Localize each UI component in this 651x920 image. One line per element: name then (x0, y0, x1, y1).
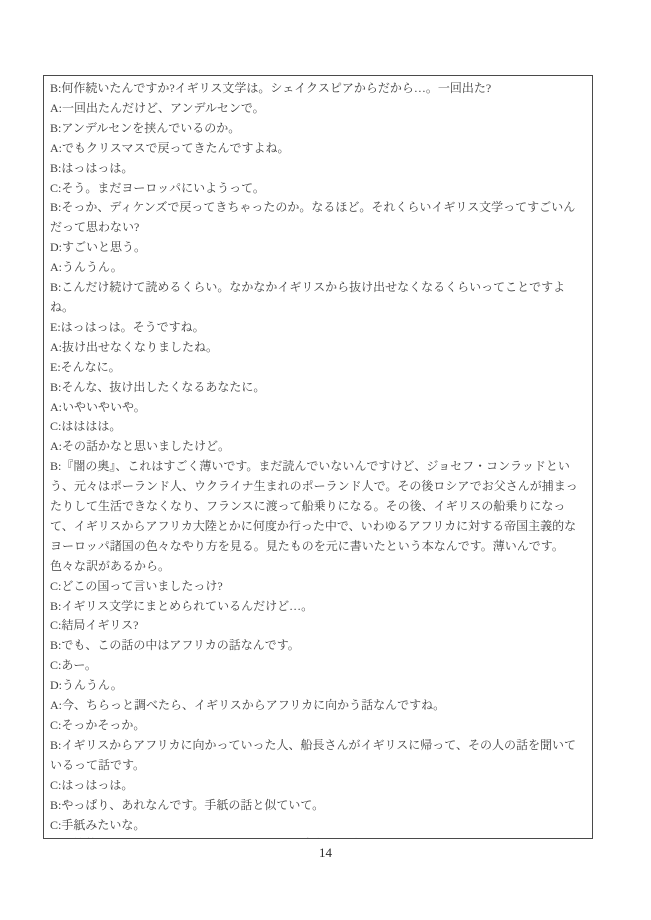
transcript-line: B:やっぱり、あれなんです。手紙の話と似ていて。 (50, 796, 586, 816)
utterance-text: その話かなと思いましたけど。 (62, 439, 230, 453)
speaker-label: B: (50, 161, 61, 175)
speaker-label: D: (50, 240, 62, 254)
utterance-text: うんうん。 (62, 678, 123, 692)
transcript-line: C:はははは。 (50, 417, 586, 437)
transcript-line: B:イギリス文学にまとめられているんだけど…。 (50, 597, 586, 617)
utterance-text: すごいと思う。 (62, 240, 146, 254)
utterance-text: イギリスからアフリカに向かっていった人、船長さんがイギリスに帰って、その人の話を… (50, 738, 576, 772)
transcript-line: A:抜け出せなくなりましたね。 (50, 338, 586, 358)
speaker-label: D: (50, 678, 62, 692)
transcript-line: D:すごいと思う。 (50, 238, 586, 258)
speaker-label: B: (50, 798, 61, 812)
transcript-line: B:でも、この話の中はアフリカの話なんです。 (50, 636, 586, 656)
speaker-label: C: (50, 419, 61, 433)
transcript-line: A:一回出たんだけど、アンデルセンで。 (50, 99, 586, 119)
speaker-label: B: (50, 280, 61, 294)
transcript-line: B:『闇の奥』、これはすごく薄いです。まだ読んでいないんですけど、ジョセフ・コン… (50, 457, 586, 576)
transcript-line: A:その話かなと思いましたけど。 (50, 437, 586, 457)
speaker-label: C: (50, 818, 61, 832)
utterance-text: はっはっは。そうですね。 (61, 320, 205, 334)
transcript-line: C:はっはっは。 (50, 776, 586, 796)
transcript-line: B:こんだけ続けて読めるくらい。なかなかイギリスから抜け出せなくなるくらいってこ… (50, 278, 586, 318)
speaker-label: B: (50, 599, 61, 613)
speaker-label: B: (50, 81, 61, 95)
transcript-line: A:でもクリスマスで戻ってきたんですよね。 (50, 139, 586, 159)
speaker-label: C: (50, 579, 61, 593)
speaker-label: C: (50, 618, 61, 632)
speaker-label: A: (50, 698, 62, 712)
utterance-text: そっかそっか。 (61, 718, 145, 732)
speaker-label: C: (50, 778, 61, 792)
speaker-label: B: (50, 380, 61, 394)
transcript-line: C:そう。まだヨーロッパにいようって。 (50, 179, 586, 199)
transcript-box: B:何作続いたんですか?イギリス文学は。シェイクスピアからだから…。一回出た?A… (43, 75, 593, 839)
transcript-line: B:アンデルセンを挟んでいるのか。 (50, 119, 586, 139)
speaker-label: E: (50, 320, 61, 334)
transcript-line: E:そんなに。 (50, 358, 586, 378)
transcript-line: B:イギリスからアフリカに向かっていった人、船長さんがイギリスに帰って、その人の… (50, 736, 586, 776)
speaker-label: A: (50, 141, 62, 155)
transcript-line: B:そっか、ディケンズで戻ってきちゃったのか。なるほど。それくらいイギリス文学っ… (50, 198, 586, 238)
speaker-label: C: (50, 658, 61, 672)
transcript-line: B:直接的なストーリーではないんです。でも、途中まで読んだんだけど、やっぱりめち… (50, 835, 586, 839)
utterance-text: そっか、ディケンズで戻ってきちゃったのか。なるほど。それくらいイギリス文学ってす… (50, 200, 575, 234)
speaker-label: E: (50, 360, 61, 374)
utterance-text: 何作続いたんですか?イギリス文学は。シェイクスピアからだから…。一回出た? (61, 81, 491, 95)
utterance-text: はっはっは。 (61, 778, 133, 792)
utterance-text: どこの国って言いましたっけ? (61, 579, 222, 593)
speaker-label: A: (50, 400, 62, 414)
utterance-text: うんうん。 (62, 260, 123, 274)
utterance-text: 抜け出せなくなりましたね。 (62, 340, 218, 354)
speaker-label: B: (50, 837, 61, 839)
transcript-line: C:結局イギリス? (50, 616, 586, 636)
speaker-label: C: (50, 181, 61, 195)
utterance-text: 結局イギリス? (61, 618, 138, 632)
utterance-text: イギリス文学にまとめられているんだけど…。 (61, 599, 313, 613)
utterance-text: あー。 (61, 658, 97, 672)
transcript: B:何作続いたんですか?イギリス文学は。シェイクスピアからだから…。一回出た?A… (50, 79, 586, 839)
speaker-label: B: (50, 738, 61, 752)
transcript-line: D:うんうん。 (50, 676, 586, 696)
speaker-label: B: (50, 638, 61, 652)
speaker-label: A: (50, 101, 62, 115)
utterance-text: そんなに。 (61, 360, 121, 374)
speaker-label: A: (50, 340, 62, 354)
transcript-line: C:あー。 (50, 656, 586, 676)
utterance-text: はっはっは。 (61, 161, 133, 175)
transcript-line: A:今、ちらっと調べたら、イギリスからアフリカに向かう話なんですね。 (50, 696, 586, 716)
utterance-text: でもクリスマスで戻ってきたんですよね。 (62, 141, 290, 155)
transcript-line: C:どこの国って言いましたっけ? (50, 577, 586, 597)
utterance-text: こんだけ続けて読めるくらい。なかなかイギリスから抜け出せなくなるくらいってことで… (50, 280, 565, 314)
utterance-text: はははは。 (61, 419, 121, 433)
speaker-label: C: (50, 718, 61, 732)
transcript-line: B:何作続いたんですか?イギリス文学は。シェイクスピアからだから…。一回出た? (50, 79, 586, 99)
utterance-text: 直接的なストーリーではないんです。でも、途中まで読んだんだけど、やっぱりめちゃく… (50, 837, 576, 839)
speaker-label: B: (50, 200, 61, 214)
transcript-line: B:そんな、抜け出したくなるあなたに。 (50, 378, 586, 398)
speaker-label: A: (50, 439, 62, 453)
speaker-label: B: (50, 459, 61, 473)
transcript-line: C:手紙みたいな。 (50, 816, 586, 836)
utterance-text: 『闇の奥』、これはすごく薄いです。まだ読んでいないんですけど、ジョセフ・コンラッ… (50, 459, 578, 573)
utterance-text: 手紙みたいな。 (61, 818, 145, 832)
speaker-label: B: (50, 121, 61, 135)
transcript-line: A:いやいやいや。 (50, 398, 586, 418)
page-number: 14 (0, 845, 651, 861)
utterance-text: でも、この話の中はアフリカの話なんです。 (61, 638, 299, 652)
transcript-line: C:そっかそっか。 (50, 716, 586, 736)
document-page: { "page": { "number": "14" }, "separator… (0, 0, 651, 920)
utterance-text: そう。まだヨーロッパにいようって。 (61, 181, 265, 195)
transcript-line: A:うんうん。 (50, 258, 586, 278)
utterance-text: そんな、抜け出したくなるあなたに。 (61, 380, 265, 394)
transcript-line: B:はっはっは。 (50, 159, 586, 179)
utterance-text: いやいやいや。 (62, 400, 146, 414)
speaker-label: A: (50, 260, 62, 274)
utterance-text: アンデルセンを挟んでいるのか。 (61, 121, 240, 135)
utterance-text: やっぱり、あれなんです。手紙の話と似ていて。 (61, 798, 324, 812)
transcript-line: E:はっはっは。そうですね。 (50, 318, 586, 338)
utterance-text: 今、ちらっと調べたら、イギリスからアフリカに向かう話なんですね。 (62, 698, 445, 712)
utterance-text: 一回出たんだけど、アンデルセンで。 (62, 101, 265, 115)
